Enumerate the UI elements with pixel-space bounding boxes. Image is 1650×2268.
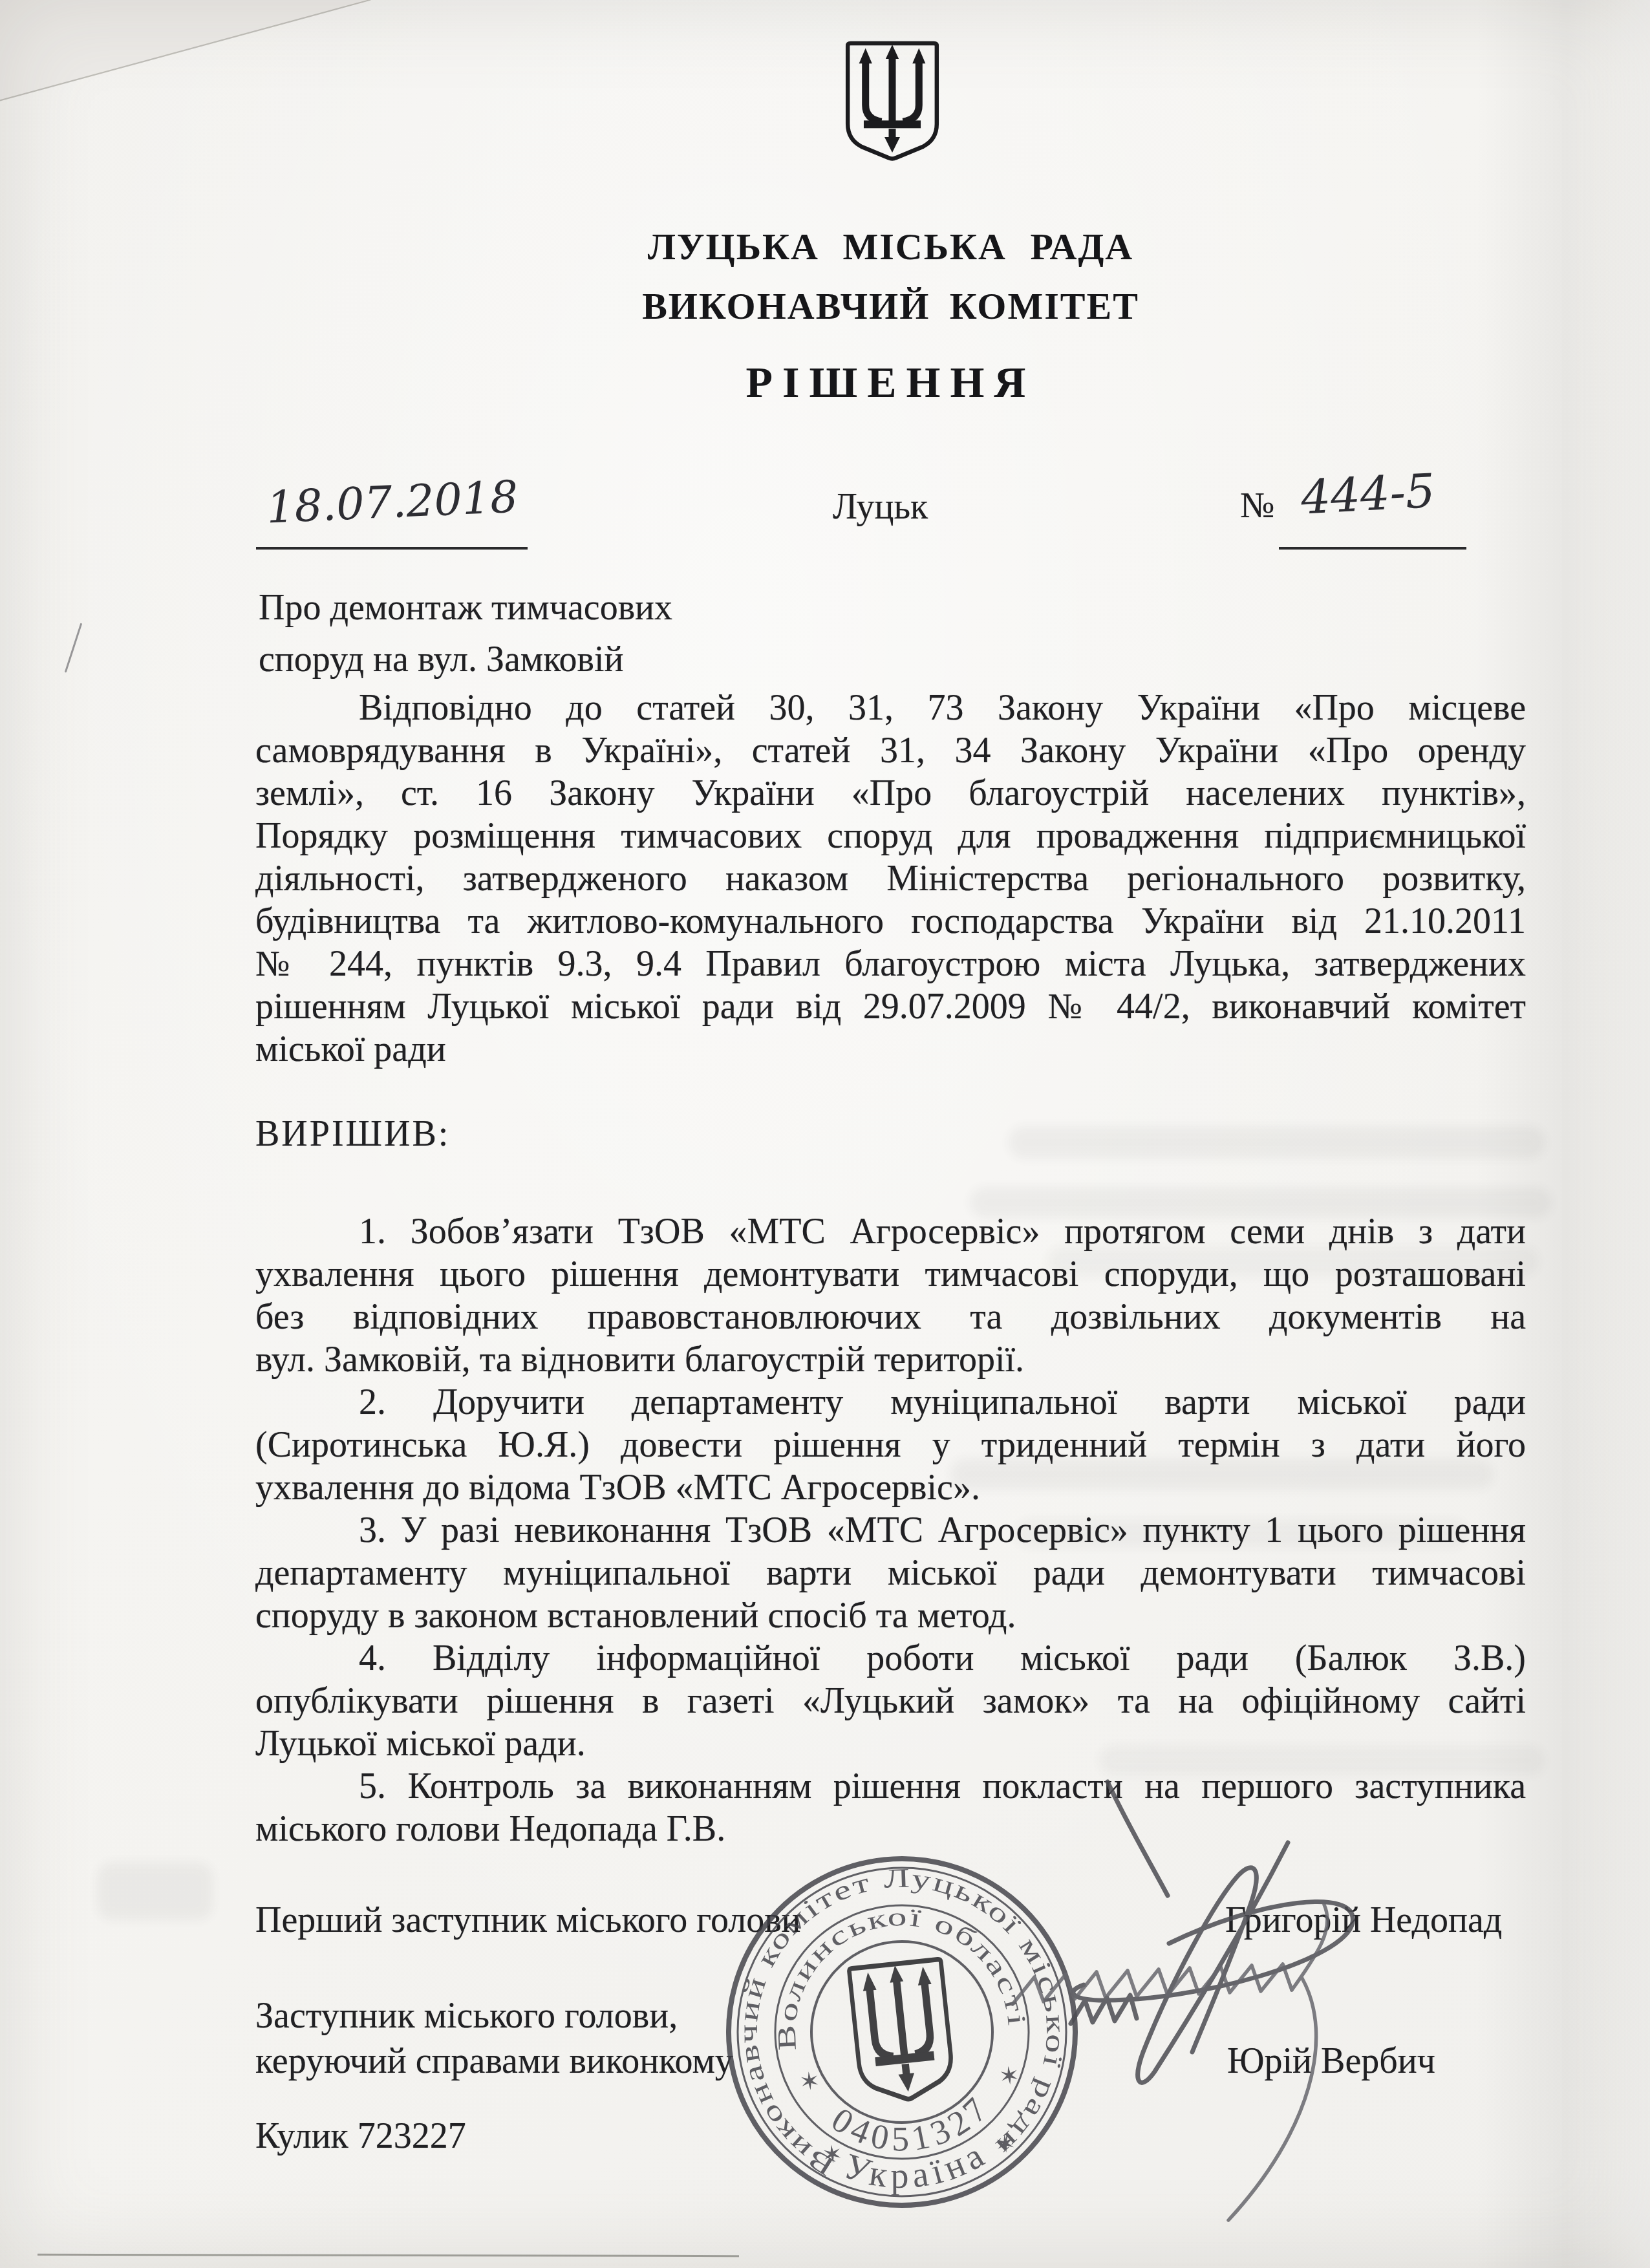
org-name: ЛУЦЬКА МІСЬКА РАДА	[255, 225, 1526, 268]
subject-line: Про демонтаж тимчасових	[259, 587, 672, 628]
text-line: Луцької міської ради.	[255, 1722, 1526, 1765]
text-line: самоврядування в Україні», статей 31, 34…	[255, 729, 1526, 772]
paper-fold-corner	[0, 0, 388, 110]
official-round-stamp: Виконавчий комітет Луцької міської ради …	[708, 1838, 1096, 2226]
stamp-star-icon: ✶	[798, 2068, 821, 2097]
signatory-name: Григорій Недопад	[1225, 1899, 1502, 1941]
text-line: 2. Доручити департаменту муніципальної в…	[255, 1381, 1526, 1424]
text-line: 1. Зобов’язати ТзОВ «МТС Агросервіс» про…	[255, 1210, 1526, 1253]
doc-type-title: РІШЕННЯ	[255, 357, 1526, 408]
coat-of-arms-icon	[842, 36, 943, 167]
stamp-star-icon: ✶	[994, 2130, 1017, 2159]
number-underline	[1279, 547, 1466, 550]
number-label: №	[1240, 485, 1274, 526]
text-line: ухвалення цього рішення демонтувати тимч…	[255, 1253, 1526, 1296]
text-line: (Сиротинська Ю.Я.) довести рішення у три…	[255, 1424, 1526, 1466]
text-line: департаменту муніципальної варти міської…	[255, 1552, 1526, 1594]
date-underline	[256, 547, 528, 550]
stamp-star-icon: ✶	[820, 2141, 844, 2170]
text-line: Відповідно до статей 30, 31, 73 Закону У…	[255, 687, 1526, 729]
text-line: споруду в законом встановлений спосіб та…	[255, 1594, 1526, 1637]
text-line: опублікувати рішення в газеті «Луцький з…	[255, 1680, 1526, 1722]
text-line: 3. У разі невиконання ТзОВ «МТС Агросерв…	[255, 1509, 1526, 1552]
resolved-label: ВИРІШИВ:	[255, 1113, 450, 1155]
scanned-document-page: ЛУЦЬКА МІСЬКА РАДА ВИКОНАВЧИЙ КОМІТЕТ РІ…	[0, 0, 1650, 2268]
text-line: вул. Замковій, та відновити благоустрій …	[255, 1338, 1526, 1381]
signatory-title: Заступник міського голови,	[255, 1995, 678, 2037]
city-label: Луцьк	[833, 486, 928, 528]
bleedthrough-smudge	[97, 1862, 213, 1920]
executor-label: Кулик 723227	[255, 2115, 466, 2157]
text-line: 4. Відділу інформаційної роботи міської …	[255, 1637, 1526, 1680]
text-line: Порядку розміщення тимчасових споруд для…	[255, 815, 1526, 857]
text-line: будівництва та житлово-комунального госп…	[255, 900, 1526, 943]
handwritten-number: 444-5	[1300, 464, 1437, 525]
handwritten-date: 18.07.2018	[265, 472, 519, 534]
signatory-title: керуючий справами виконкому	[255, 2040, 733, 2082]
resolution-items: 1. Зобов’язати ТзОВ «МТС Агросервіс» про…	[255, 1210, 1526, 1850]
text-line: діяльності, затвердженого наказом Мініст…	[255, 857, 1526, 900]
text-line: міської ради	[255, 1028, 1526, 1071]
text-line: без відповідних правовстановлюючих та до…	[255, 1296, 1526, 1338]
tryzub-shield	[848, 43, 937, 158]
bleedthrough-smudge	[1009, 1126, 1545, 1159]
subject-line: споруд на вул. Замковій	[259, 639, 624, 680]
stamp-center-emblem	[849, 1959, 955, 2104]
preamble: Відповідно до статей 30, 31, 73 Закону У…	[255, 687, 1526, 1071]
stamp-star-icon: ✶	[998, 2062, 1021, 2091]
text-line: рішенням Луцької міської ради від 29.07.…	[255, 985, 1526, 1028]
stamp-body: Виконавчий комітет Луцької міської ради …	[711, 1841, 1092, 2222]
text-line: ухвалення до відома ТзОВ «МТС Агросервіс…	[255, 1466, 1526, 1509]
scan-bottom-line	[37, 2254, 739, 2257]
text-line: 5. Контроль за виконанням рішення поклас…	[255, 1765, 1526, 1808]
org-subdivision: ВИКОНАВЧИЙ КОМІТЕТ	[255, 284, 1526, 328]
signatory-name: Юрій Вербич	[1227, 2040, 1435, 2082]
margin-pen-mark	[65, 623, 83, 672]
text-line: землі», ст. 16 Закону України «Про благо…	[255, 772, 1526, 815]
text-line: № 244, пунктів 9.3, 9.4 Правил благоустр…	[255, 943, 1526, 985]
